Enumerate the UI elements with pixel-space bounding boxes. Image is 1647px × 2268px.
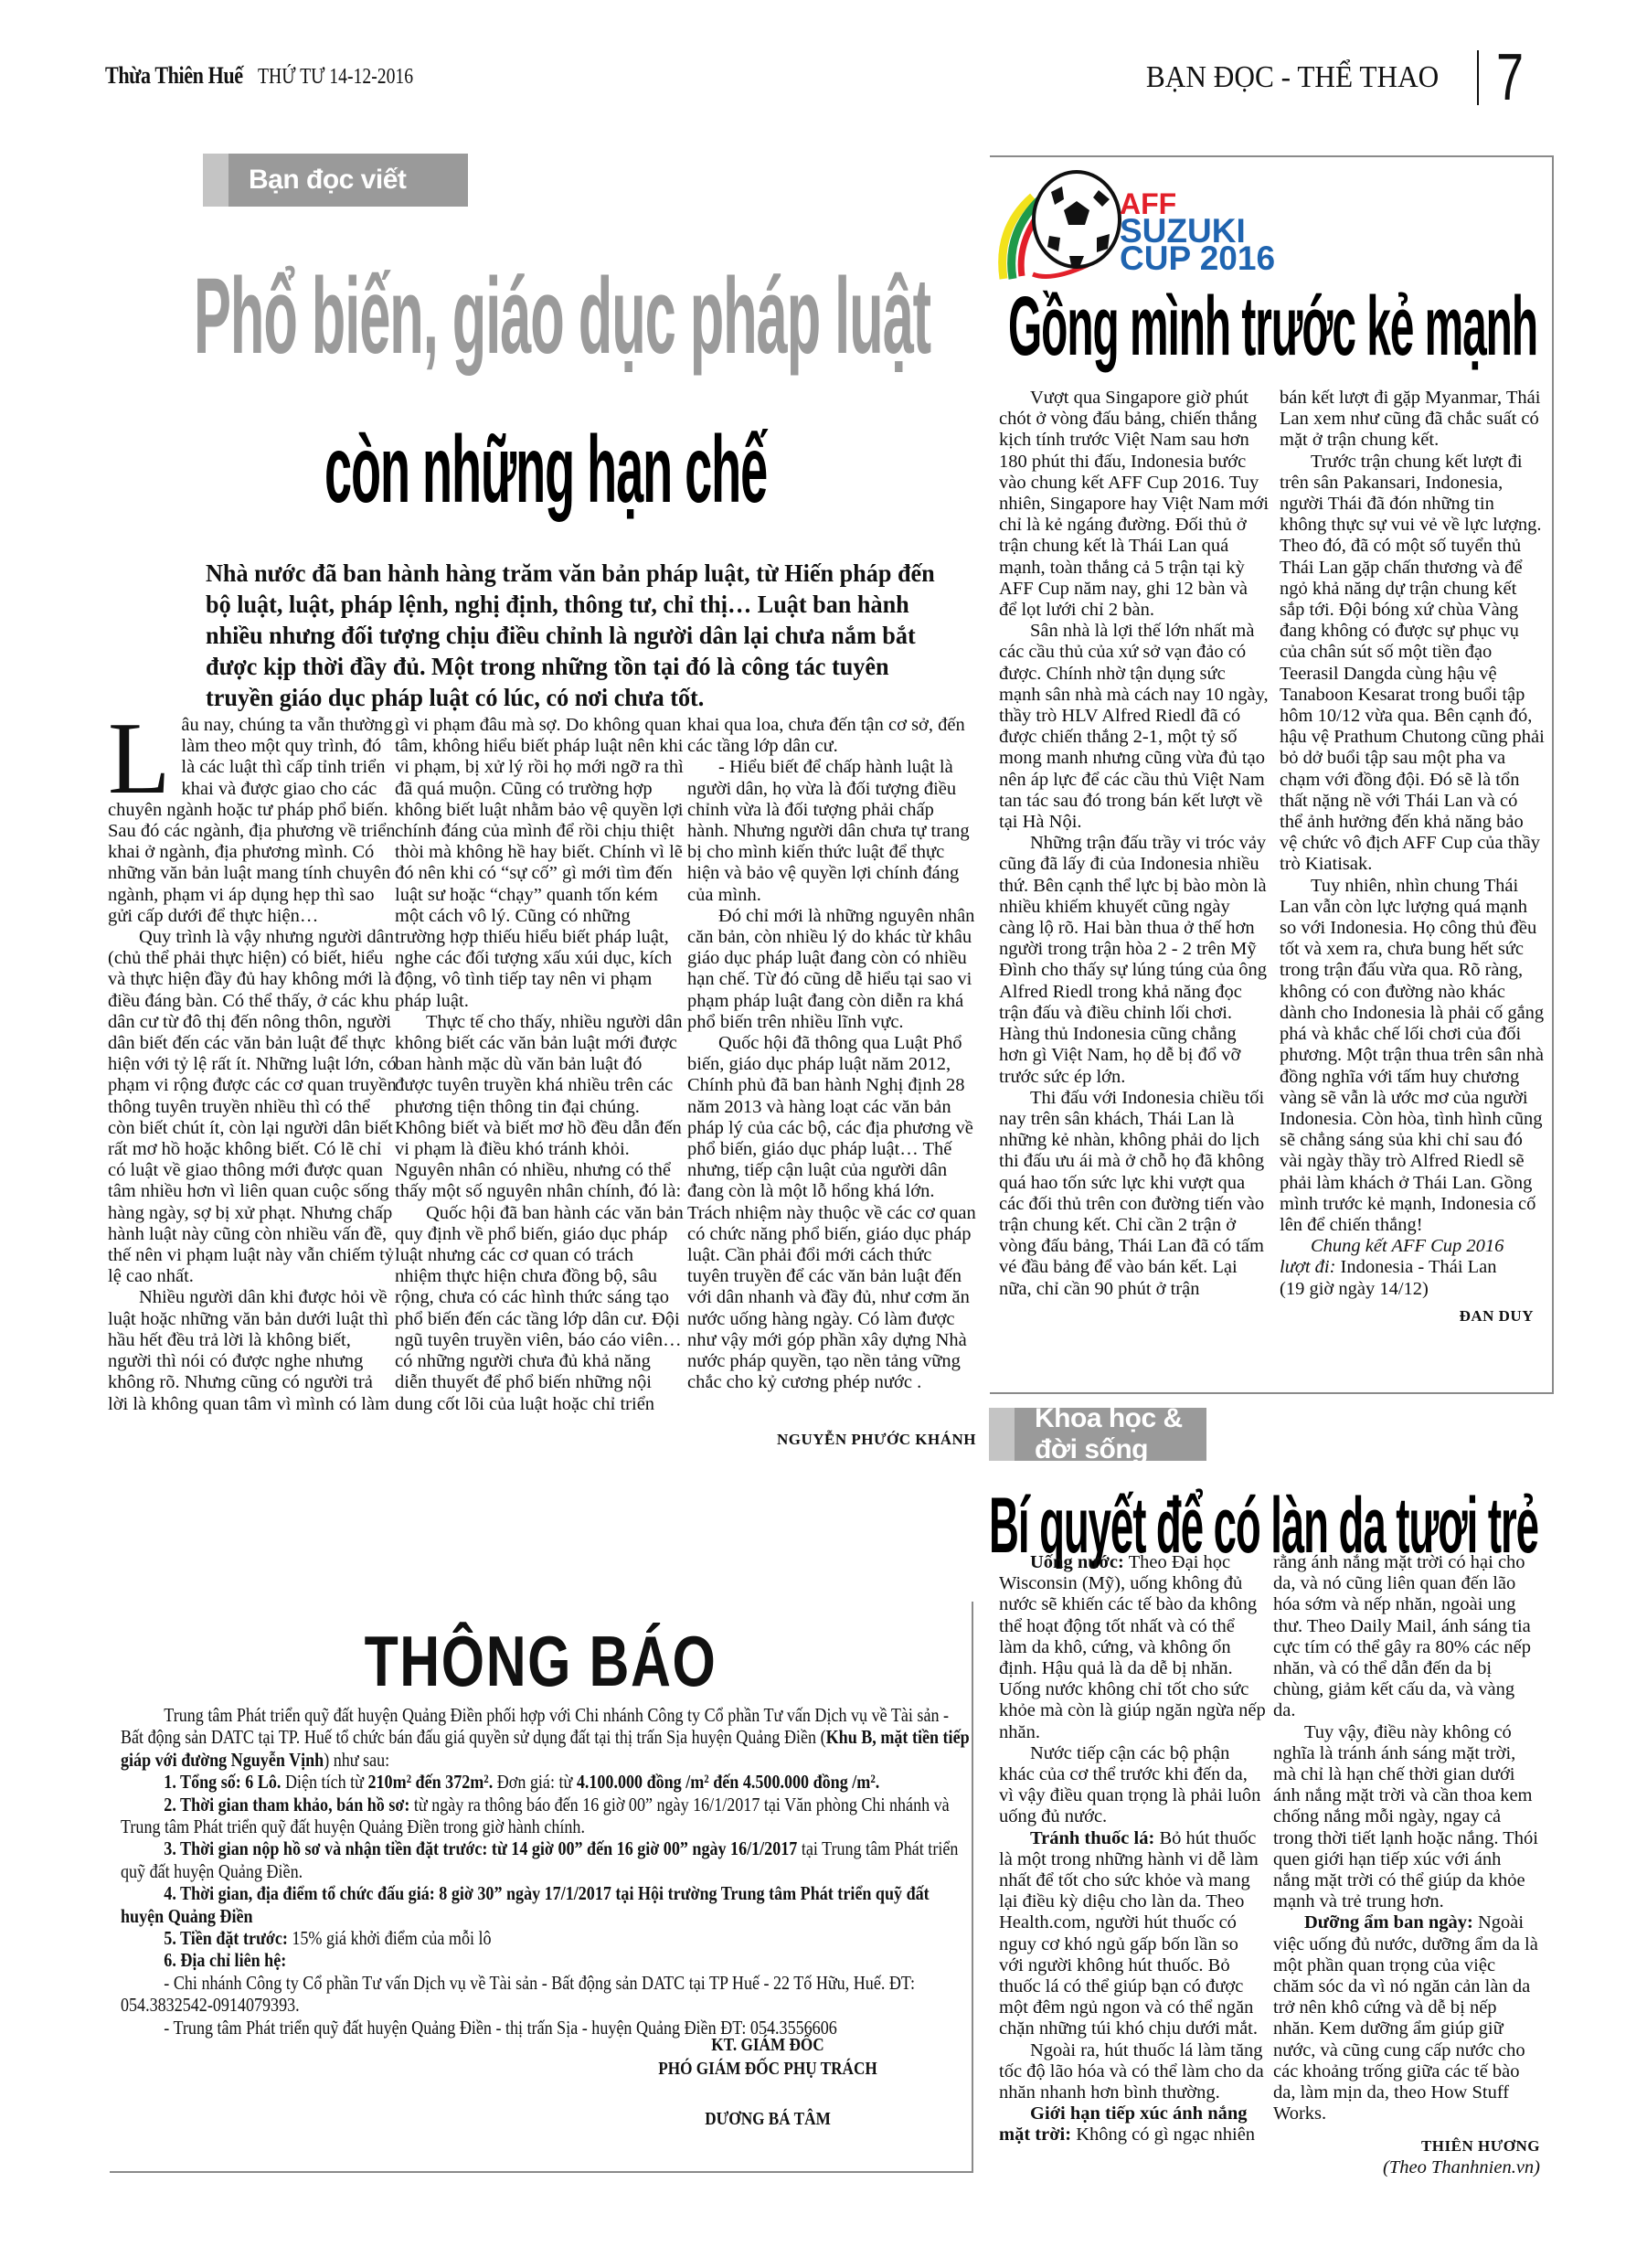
law-byline: NGUYỄN PHƯỚC KHÁNH	[687, 1429, 976, 1450]
logo-cup-2016: CUP 2016	[1120, 245, 1275, 272]
subhead: Dưỡng ẩm ban ngày:	[1304, 1912, 1473, 1933]
masthead: Thừa Thiên Huế THỨ TƯ 14-12-2016	[105, 62, 448, 108]
paragraph-text: Bỏ hút thuốc là một trong những hành vi …	[999, 1828, 1259, 2039]
sports-byline: ĐAN DUY	[1280, 1305, 1534, 1326]
sports-column-1: Vượt qua Singapore giờ phút chót ở vòng …	[999, 388, 1270, 1300]
item-text: 15% giá khởi điểm của mỗi lô	[288, 1927, 492, 1949]
notice-body: Trung tâm Phát triển quỹ đất huyện Quảng…	[121, 1704, 970, 2039]
law-paragraph: Quốc hội đã thông qua Luật Phổ biến, giá…	[687, 1033, 976, 1393]
kicker-stub	[989, 1408, 1015, 1461]
sports-paragraph: Những trận đấu trầy vi tróc vảy cũng đã …	[999, 833, 1270, 1087]
paragraph-text: Theo Đại học Wisconsin (Mỹ), uống không …	[999, 1552, 1266, 1742]
sports-paragraph: bán kết lượt đi gặp Myanmar, Thái Lan xe…	[1280, 388, 1545, 452]
notice-intro-text: Trung tâm Phát triển quỹ đất huyện Quảng…	[121, 1704, 949, 1748]
law-paragraph: - Hiểu biết để chấp hành luật là người d…	[687, 757, 976, 905]
health-paragraph: rằng ánh nắng mặt trời có hại cho da, và…	[1273, 1552, 1540, 1722]
health-column-2: rằng ánh nắng mặt trời có hại cho da, và…	[1273, 1552, 1540, 2178]
item-text: Diện tích từ	[281, 1771, 367, 1793]
sports-paragraph: Trước trận chung kết lượt đi trên sân Pa…	[1280, 452, 1545, 876]
notice-item-1: 1. Tổng số: 6 Lô. Diện tích từ 210m² đến…	[121, 1771, 970, 1793]
health-paragraph: Ngoài ra, hút thuốc lá làm tăng tốc độ l…	[999, 2040, 1266, 2104]
notice-box: THÔNG BÁO Trung tâm Phát triển quỹ đất h…	[110, 1602, 973, 2173]
item-label: 3. Thời gian nộp hồ sơ và nhận tiền đặt …	[164, 1837, 797, 1859]
kicker-khoa-hoc: Khoa học & đời sống	[989, 1408, 1206, 1461]
kicker-ban-doc-viet: Bạn đọc viết	[203, 154, 468, 207]
health-source-credit: (Theo Thanhnien.vn)	[1273, 2157, 1540, 2178]
paragraph-text: Không có gì ngạc nhiên	[1071, 2124, 1255, 2145]
health-paragraph: Tránh thuốc lá: Bỏ hút thuốc là một tron…	[999, 1828, 1266, 2040]
item-text: Đơn giá: từ	[493, 1771, 577, 1793]
newspaper-name: Thừa Thiên Huế	[105, 62, 243, 90]
subhead: Tránh thuốc lá:	[1030, 1828, 1154, 1848]
law-headline-line2: còn những hạn chế	[324, 416, 767, 525]
health-paragraph: Nước tiếp cận các bộ phận khác của cơ th…	[999, 1743, 1266, 1828]
header-divider	[1477, 50, 1479, 105]
sports-headline: Gồng mình trước kẻ mạnh	[1008, 279, 1537, 375]
fixture-title: Chung kết AFF Cup 2016	[1280, 1236, 1545, 1257]
page-number: 7	[1496, 50, 1524, 105]
health-paragraph: Giới hạn tiếp xúc ánh nắng mặt trời: Khô…	[999, 2103, 1266, 2146]
law-headline-line1: Phổ biến, giáo dục pháp luật	[194, 254, 930, 378]
drop-cap: L	[108, 719, 170, 799]
item-label: 5. Tiền đặt trước:	[164, 1927, 288, 1949]
kicker-label: Bạn đọc viết	[228, 154, 468, 207]
law-column-2: gì vi phạm đâu mà sợ. Do không quan tâm,…	[395, 715, 684, 1415]
sports-paragraph: Thi đấu với Indonesia chiều tối nay trên…	[999, 1088, 1270, 1300]
aff-suzuki-cup-logo: AFF SUZUKI CUP 2016	[1120, 190, 1275, 272]
health-paragraph: Tuy vậy, điều này không có nghĩa là trán…	[1273, 1722, 1540, 1913]
item-label: 1. Tổng số: 6 Lô.	[164, 1771, 281, 1793]
signature-role: PHÓ GIÁM ĐỐC PHỤ TRÁCH	[611, 2059, 925, 2080]
notice-item-2: 2. Thời gian tham khảo, bán hồ sơ: từ ng…	[121, 1794, 970, 1838]
notice-item-5: 5. Tiền đặt trước: 15% giá khởi điểm của…	[121, 1927, 970, 1949]
item-price: 4.100.000 đồng /m² đến 4.500.000 đồng /m…	[577, 1771, 879, 1793]
signature-name: DƯƠNG BÁ TÂM	[611, 2109, 925, 2130]
notice-intro: Trung tâm Phát triển quỹ đất huyện Quảng…	[121, 1704, 970, 1771]
item-area: 210m² đến 372m².	[367, 1771, 493, 1793]
signature-title: KT. GIÁM ĐỐC	[611, 2035, 925, 2056]
notice-item-6: 6. Địa chỉ liên hệ:	[121, 1949, 970, 1971]
law-paragraph: Quy trình là vậy nhưng người dân (chủ th…	[108, 927, 397, 1287]
law-column-3: khai qua loa, chưa đến tận cơ sở, đến cá…	[687, 715, 976, 1450]
notice-item-3: 3. Thời gian nộp hồ sơ và nhận tiền đặt …	[121, 1837, 970, 1882]
law-paragraph: Đó chỉ mới là những nguyên nhân căn bản,…	[687, 906, 976, 1033]
health-byline: THIÊN HƯƠNG	[1273, 2135, 1540, 2156]
health-paragraph: Dưỡng ẩm ban ngày: Ngoài việc uống đủ nư…	[1273, 1912, 1540, 2124]
sports-paragraph: Vượt qua Singapore giờ phút chót ở vòng …	[999, 388, 1270, 621]
fixture-line: lượt đi: Indonesia - Thái Lan	[1280, 1257, 1545, 1278]
fixture-match: Indonesia - Thái Lan	[1335, 1257, 1496, 1277]
paragraph-text: Ngoài việc uống đủ nước, dưỡng ẩm da là …	[1273, 1912, 1538, 2124]
subhead: Uống nước:	[1030, 1552, 1124, 1572]
law-paragraph: Quốc hội đã ban hành các văn bản quy địn…	[395, 1203, 684, 1415]
law-paragraph: Thực tế cho thấy, nhiều người dân không …	[395, 1012, 684, 1203]
health-column-1: Uống nước: Theo Đại học Wisconsin (Mỹ), …	[999, 1552, 1266, 2146]
section-title: BẠN ĐỌC - THỂ THAO	[1146, 60, 1439, 95]
sports-paragraph: Sân nhà là lợi thế lớn nhất mà các cầu t…	[999, 621, 1270, 833]
health-paragraph: Uống nước: Theo Đại học Wisconsin (Mỹ), …	[999, 1552, 1266, 1743]
notice-item-4: 4. Thời gian, địa điểm tổ chức đấu giá: …	[121, 1882, 970, 1927]
law-paragraph: Nhiều người dân khi được hỏi về luật hoặ…	[108, 1287, 397, 1414]
notice-contact-1: - Chi nhánh Công ty Cổ phần Tư vấn Dịch …	[121, 1972, 970, 2017]
law-paragraph: khai qua loa, chưa đến tận cơ sở, đến cá…	[687, 715, 976, 757]
issue-date: THỨ TƯ 14-12-2016	[258, 65, 413, 90]
fixture-label: lượt đi:	[1280, 1257, 1335, 1277]
notice-intro-end: ) như sau:	[324, 1749, 389, 1771]
item-label: 2. Thời gian tham khảo, bán hồ sơ:	[164, 1794, 409, 1815]
section-header: BẠN ĐỌC - THỂ THAO 7	[1133, 50, 1528, 105]
law-paragraph: gì vi phạm đâu mà sợ. Do không quan tâm,…	[395, 715, 684, 1012]
law-column-1: L âu nay, chúng ta vẫn thường làm theo m…	[108, 715, 397, 1415]
fixture-time: (19 giờ ngày 14/12)	[1280, 1279, 1545, 1300]
law-lead-paragraph: Nhà nước đã ban hành hàng trăm văn bản p…	[206, 558, 941, 713]
sports-paragraph: Tuy nhiên, nhìn chung Thái Lan vẫn còn l…	[1280, 876, 1545, 1236]
kicker-stub	[203, 154, 228, 207]
sports-column-2: bán kết lượt đi gặp Myanmar, Thái Lan xe…	[1280, 388, 1545, 1326]
notice-title: THÔNG BÁO	[205, 1620, 877, 1703]
kicker-label: Khoa học & đời sống	[1015, 1408, 1206, 1461]
